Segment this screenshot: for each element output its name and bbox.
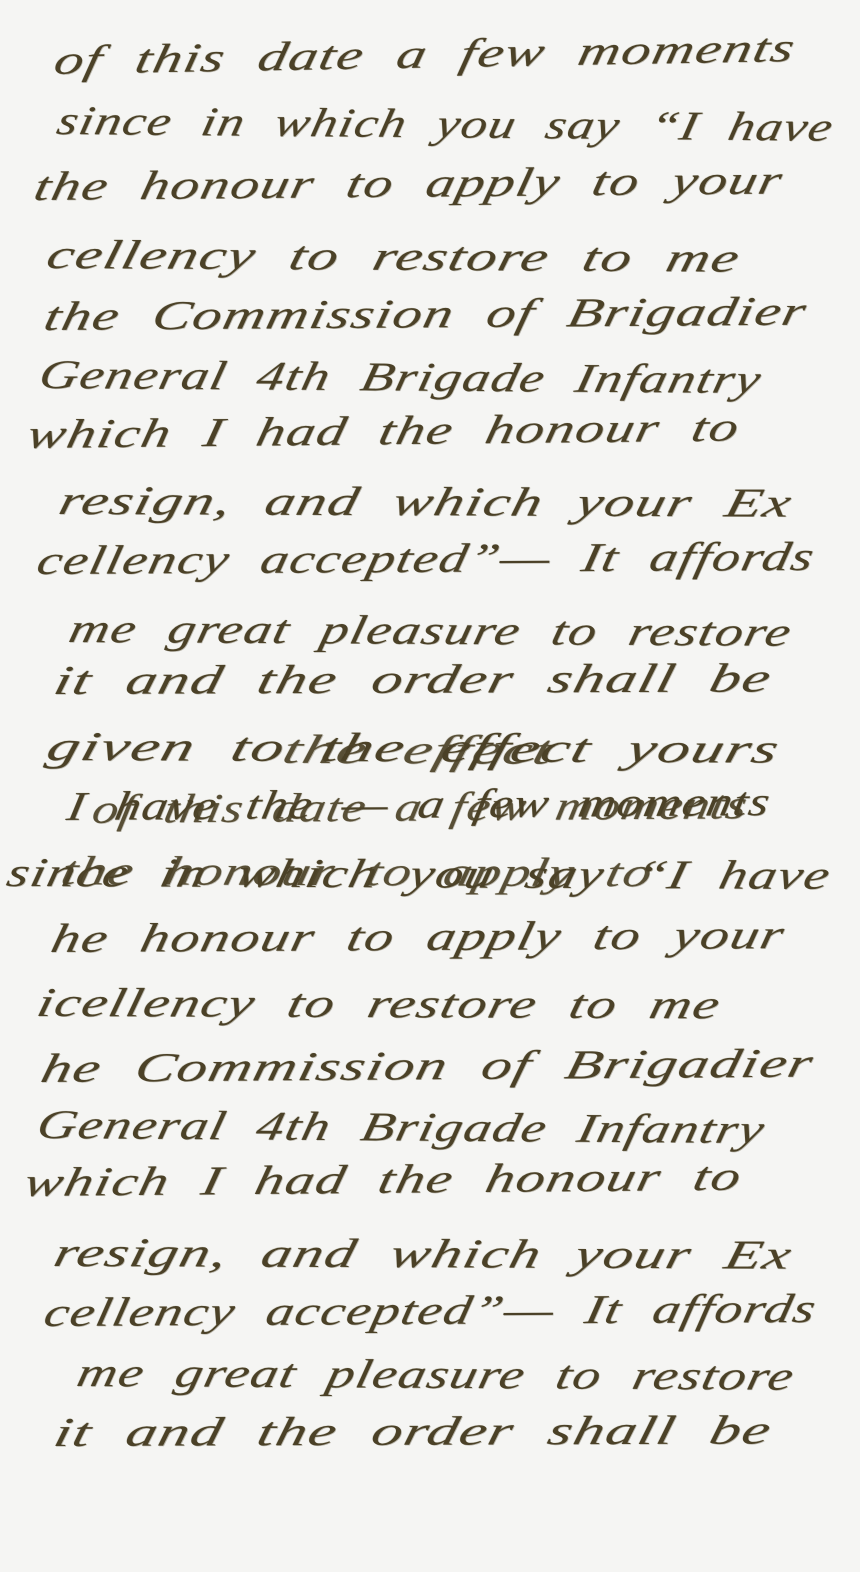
letter-line-22: me great pleasure to restore (78, 1352, 794, 1397)
letter-line-5: the Commission of Brigadier (45, 291, 807, 337)
handwritten-letter-page: of this date a few momentssince in which… (0, 0, 860, 1572)
letter-line-text: it and the order shall be (50, 657, 776, 701)
letter-line-7: which I had the honour to (28, 407, 740, 455)
letter-line-text: which I had the honour to (24, 407, 744, 456)
letter-line-16: icellency to restore to me (38, 982, 721, 1025)
letter-line-10: me great pleasure to restore (70, 608, 792, 653)
letter-line-17: he Commission of Brigadier (42, 1043, 814, 1089)
letter-line-12-overlapped: given to the effect yoursthe effect (48, 726, 780, 770)
letter-line-2: since in which you say “I have (58, 100, 834, 148)
letter-line-18: General 4th Brigade Infantry (38, 1104, 765, 1150)
letter-line-text: me great pleasure to restore (74, 1352, 799, 1397)
letter-line-text: since in which you say “I have (54, 100, 838, 148)
letter-line-text: resign, and which your Ex (50, 1232, 797, 1276)
letter-line-text: General 4th Brigade Infantry (34, 1104, 770, 1150)
overlapped-line-text: of this date a few moments (89, 784, 752, 830)
letter-line-6: General 4th Brigade Infantry (40, 354, 762, 400)
letter-line-11: it and the order shall be (55, 657, 772, 701)
letter-line-text: it and the order shall be (50, 1409, 776, 1453)
letter-line-8: resign, and which your Ex (60, 480, 792, 524)
letter-line-9: cellency accepted”— It affords (38, 536, 815, 581)
letter-line-1: of this date a few moments (55, 27, 796, 81)
overlapped-line-text: the effect (279, 729, 559, 771)
letter-line-text: the Commission of Brigadier (41, 291, 812, 337)
letter-line-13-overlapped: I have the — a few momentsof this date a… (68, 781, 771, 827)
letter-line-text: icellency to restore to me (33, 982, 725, 1025)
letter-line-15: he honour to apply to your (52, 914, 785, 959)
letter-line-text: which I had the honour to (21, 1156, 746, 1203)
letter-line-21: cellency accepted”— It affords (45, 1288, 817, 1333)
letter-line-text: cellency to restore to me (43, 234, 745, 279)
letter-line-text: me great pleasure to restore (66, 608, 797, 653)
letter-line-text: he honour to apply to your (48, 914, 789, 959)
letter-line-19: which I had the honour to (25, 1156, 742, 1203)
letter-line-14-overlapped: since in which you say “I havethe honour… (8, 852, 831, 896)
letter-line-text: General 4th Brigade Infantry (36, 354, 766, 400)
letter-line-text: he Commission of Brigadier (37, 1043, 818, 1089)
letter-line-text: the honour to apply to your (31, 159, 787, 207)
letter-line-text: resign, and which your Ex (55, 480, 797, 524)
letter-line-3: the honour to apply to your (35, 159, 783, 207)
letter-line-text: of this date a few moments (51, 27, 800, 81)
letter-line-20: resign, and which your Ex (55, 1232, 792, 1276)
letter-line-23: it and the order shall be (55, 1409, 772, 1453)
letter-line-text: cellency accepted”— It affords (41, 1288, 821, 1333)
letter-line-text: cellency accepted”— It affords (34, 536, 819, 581)
overlapped-line-text: the honour to apply to (58, 850, 657, 893)
letter-line-4: cellency to restore to me (48, 234, 740, 279)
